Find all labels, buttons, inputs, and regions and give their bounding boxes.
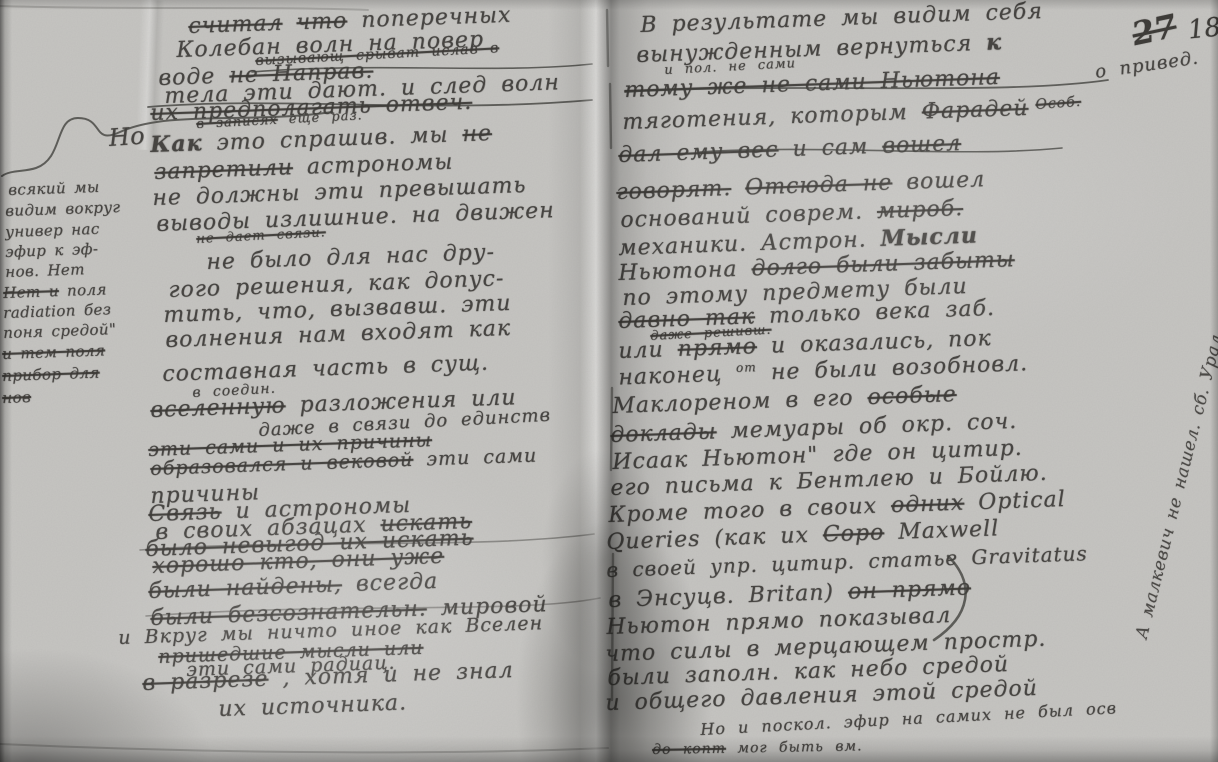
page-number: 18 — [1187, 14, 1218, 43]
handwritten-text: Maxwell — [898, 516, 1000, 545]
manuscript-line: тяготения, которым Фарадей — [622, 98, 1029, 134]
manuscript-line: дал ему вес и сам вошел — [618, 133, 962, 167]
handwritten-text: наконец — [618, 362, 723, 391]
struck-text: до копт — [652, 741, 726, 758]
handwritten-text: мог быть вм. — [737, 738, 862, 756]
struck-text: говорят. — [616, 176, 732, 205]
manuscript-scan: Новсякий мывидим вокругунивер насэфир к … — [0, 0, 1218, 762]
struck-text: Отсюда не — [745, 170, 893, 200]
handwritten-text: к — [986, 29, 1003, 56]
manuscript-line: до копт мог быть вм. — [652, 739, 863, 757]
struck-text: одних — [891, 491, 965, 519]
struck-text: Особ. — [1035, 94, 1082, 113]
struck-text: особые — [867, 382, 957, 410]
handwritten-text: вошел — [906, 167, 986, 195]
margin-note-top: о привед. — [1094, 49, 1200, 81]
manuscript-line: Особ. — [1035, 95, 1082, 112]
handwritten-text: и сам — [792, 134, 869, 162]
handwritten-text: Мысли — [880, 222, 978, 251]
handwritten-text: тяготения, которым — [622, 100, 908, 135]
handwritten-text: от — [736, 360, 757, 375]
right-page: В результате мы видим себявынужденным ве… — [0, 0, 1218, 762]
handwritten-text: Optical — [978, 487, 1066, 515]
struck-text: он прямо — [848, 575, 972, 604]
struck-text: дал ему вес — [618, 137, 779, 168]
struck-text: Фарадей — [921, 96, 1029, 125]
struck-text: мироб. — [877, 196, 964, 224]
struck-text: прямо — [677, 334, 757, 362]
vertical-margin-note: А малкевич не нашел. сб. Урал. — [1132, 131, 1218, 640]
struck-text: вошел — [882, 131, 962, 159]
handwritten-text: или — [618, 337, 664, 364]
handwritten-text: Маклореном в его — [612, 386, 854, 419]
handwritten-text: Queries (как их — [606, 523, 809, 555]
page-number-crossed: 27 — [1129, 10, 1179, 51]
struck-text: Соро — [822, 520, 884, 547]
struck-text: доклады — [610, 419, 717, 448]
